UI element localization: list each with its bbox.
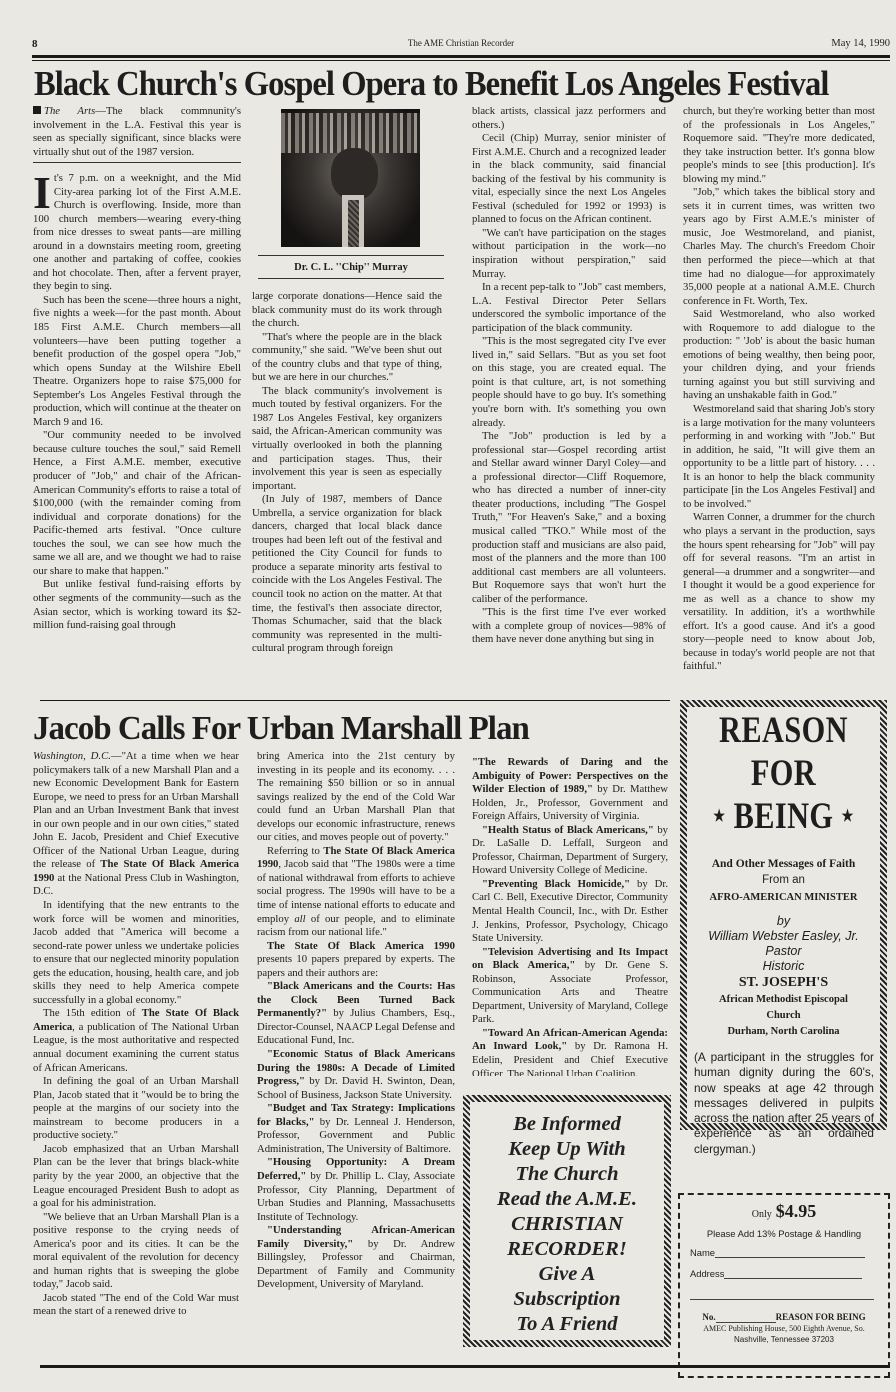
- book-title-line: ★ BEING ★: [709, 795, 857, 838]
- bullet-square-icon: [33, 106, 41, 114]
- paper-listing: "Black Americans and the Courts: Has the…: [257, 980, 455, 1048]
- article-paragraph: black artists, classical jazz performers…: [472, 105, 666, 132]
- article2-column-3: "The Rewards of Daring and the Ambiguity…: [472, 756, 668, 1076]
- article2-column-1: Washington, D.C.—"At a time when we hear…: [33, 750, 239, 1319]
- publisher-address: AMEC Publishing House, 500 Eighth Avenue…: [690, 1323, 878, 1334]
- paper-listing: "Television Advertising and Its Impact o…: [472, 946, 668, 1027]
- article-paragraph: Referring to The State Of Black America …: [257, 845, 455, 940]
- name-field[interactable]: Name: [690, 1247, 878, 1258]
- article-paragraph: "We can't have participation on the stag…: [472, 227, 666, 281]
- church-label: Church: [693, 1008, 874, 1024]
- paper-listing: "Budget and Tax Strategy: Implications f…: [257, 1102, 455, 1156]
- ad-line: To A Friend: [474, 1312, 660, 1337]
- photo-caption: Dr. C. L. ''Chip'' Murray: [258, 255, 444, 279]
- paper-listing: "Housing Opportunity: A Dream Deferred,"…: [257, 1156, 455, 1224]
- ad-line: Give A: [474, 1262, 660, 1287]
- article2-column-2: bring America into the 21st century by i…: [257, 750, 455, 1292]
- quantity-input-line[interactable]: [716, 1315, 776, 1323]
- article-paragraph: "This is the most segregated city I've e…: [472, 335, 666, 430]
- masthead: 8 The AME Christian Recorder May 14, 199…: [32, 36, 890, 52]
- order-item-row: No.REASON FOR BEING: [690, 1312, 878, 1323]
- article-paragraph: (In July of 1987, members of Dance Umbre…: [252, 493, 442, 656]
- article1-column-1: The Arts—The black commnunity's involvem…: [33, 105, 241, 633]
- article-paragraph: In defining the goal of an Urban Marshal…: [33, 1075, 239, 1143]
- article-headline: Black Church's Gospel Opera to Benefit L…: [34, 66, 828, 101]
- book-by: by: [693, 914, 874, 929]
- ad-line: Subscription: [474, 1287, 660, 1312]
- article1-column-4: church, but they're working better than …: [683, 105, 875, 674]
- article-paragraph: Jacob emphasized that an Urban Marshall …: [33, 1143, 239, 1211]
- ad-line: The Church: [474, 1162, 660, 1187]
- article-paragraph: "That's where the people are in the blac…: [252, 331, 442, 385]
- subscription-ad: Be Informed Keep Up With The Church Read…: [463, 1095, 671, 1347]
- ad-line: RECORDER!: [474, 1237, 660, 1262]
- page-bottom-rule: [40, 1365, 890, 1368]
- article-paragraph: church, but they're working better than …: [683, 105, 875, 186]
- article-paragraph: It's 7 p.m. on a weeknight, and the Mid …: [33, 172, 241, 294]
- church-denomination: African Methodist Episcopal: [693, 992, 874, 1008]
- paper-listing: "Preventing Black Homicide," by Dr. Carl…: [472, 878, 668, 946]
- postage-note: Please Add 13% Postage & Handling: [690, 1228, 878, 1239]
- address-field[interactable]: Address: [690, 1268, 878, 1279]
- article-paragraph: Washington, D.C.—"At a time when we hear…: [33, 750, 239, 899]
- paper-listing: "Understanding African-American Family D…: [257, 1224, 455, 1292]
- address-input-line-2[interactable]: [690, 1290, 874, 1300]
- paper-listing: "Health Status of Black Americans," by D…: [472, 824, 668, 878]
- section-divider: [40, 700, 670, 701]
- publisher-city: Nashville, Tennessee 37203: [690, 1334, 878, 1345]
- price: Only$4.95: [690, 1201, 878, 1222]
- paper-listing: "The Rewards of Daring and the Ambiguity…: [472, 756, 668, 824]
- book-minister: AFRO-AMERICAN MINISTER: [693, 890, 874, 906]
- church-location: Durham, North Carolina: [693, 1024, 874, 1040]
- book-historic: Historic: [693, 959, 874, 974]
- article-paragraph: "Our community needed to be involved bec…: [33, 429, 241, 578]
- article-paragraph: In identifying that the new entrants to …: [33, 899, 239, 1007]
- article-paragraph: Warren Conner, a drummer for the church …: [683, 511, 875, 674]
- photo-chip-murray: [281, 109, 420, 247]
- article-paragraph: Jacob stated "The end of the Cold War mu…: [33, 1292, 239, 1319]
- drop-cap: I: [33, 174, 51, 212]
- publication-name: The AME Christian Recorder: [32, 38, 890, 48]
- dateline: Washington, D.C.: [33, 750, 111, 762]
- article-paragraph: bring America into the 21st century by i…: [257, 750, 455, 845]
- article-paragraph: The 15th edition of The State Of Black A…: [33, 1007, 239, 1075]
- article-paragraph: The black community's involvement is muc…: [252, 385, 442, 493]
- author-blurb: (A participant in the struggles for huma…: [693, 1050, 874, 1157]
- article-paragraph: The State Of Black America 1990 presents…: [257, 940, 455, 981]
- article-paragraph: Westmoreland said that sharing Job's sto…: [683, 403, 875, 511]
- book-author: William Webster Easley, Jr.: [693, 929, 874, 944]
- book-ad-reason-for-being: REASON FOR ★ BEING ★ And Other Messages …: [680, 700, 887, 1130]
- book-title-line: FOR: [709, 752, 857, 795]
- star-icon: ★: [842, 795, 854, 838]
- article-paragraph: Said Westmoreland, who also worked with …: [683, 308, 875, 403]
- ad-line: Read the A.M.E.: [474, 1187, 660, 1212]
- book-title-line: REASON: [709, 709, 857, 752]
- ad-line: Keep Up With: [474, 1137, 660, 1162]
- portrait-image: [281, 109, 420, 247]
- article-paragraph: The "Job" production is led by a profess…: [472, 430, 666, 606]
- article-paragraph: Cecil (Chip) Murray, senior minister of …: [472, 132, 666, 227]
- name-input-line[interactable]: [715, 1248, 865, 1258]
- masthead-rule-thin: [32, 60, 890, 61]
- book-subtitle: And Other Messages of Faith: [693, 856, 874, 872]
- article-paragraph: "We believe that an Urban Marshall Plan …: [33, 1211, 239, 1292]
- paper-listing: "Economic Status of Black Americans Duri…: [257, 1048, 455, 1102]
- book-from: From an: [693, 872, 874, 888]
- article-paragraph: Such has been the scene—three hours a ni…: [33, 294, 241, 429]
- book-author-role: Pastor: [693, 944, 874, 959]
- deck-kicker: The Arts: [44, 105, 95, 117]
- article-paragraph: In a recent pep-talk to "Job" cast membe…: [472, 281, 666, 335]
- issue-date: May 14, 1990: [831, 38, 890, 49]
- address-input-line[interactable]: [724, 1269, 862, 1279]
- article1-column-3: black artists, classical jazz performers…: [472, 105, 666, 647]
- article-paragraph: "This is the first time I've ever worked…: [472, 606, 666, 647]
- ad-line: CHRISTIAN: [474, 1212, 660, 1237]
- church-name: ST. JOSEPH'S: [693, 974, 874, 992]
- ad-line: Be Informed: [474, 1112, 660, 1137]
- article1-column-2: large corporate donations—Hence said the…: [252, 290, 442, 656]
- article-deck: The Arts—The black commnunity's involvem…: [33, 105, 241, 163]
- article-paragraph: large corporate donations—Hence said the…: [252, 290, 442, 331]
- article-headline-2: Jacob Calls For Urban Marshall Plan: [33, 712, 529, 746]
- masthead-rule: [32, 55, 890, 58]
- paper-listing: "Toward An African-American Agenda: An I…: [472, 1027, 668, 1076]
- article-paragraph: "Job," which takes the biblical story an…: [683, 186, 875, 308]
- article-paragraph: But unlike festival fund-raising efforts…: [33, 578, 241, 632]
- order-coupon: Only$4.95 Please Add 13% Postage & Handl…: [678, 1193, 890, 1378]
- star-icon: ★: [713, 795, 725, 838]
